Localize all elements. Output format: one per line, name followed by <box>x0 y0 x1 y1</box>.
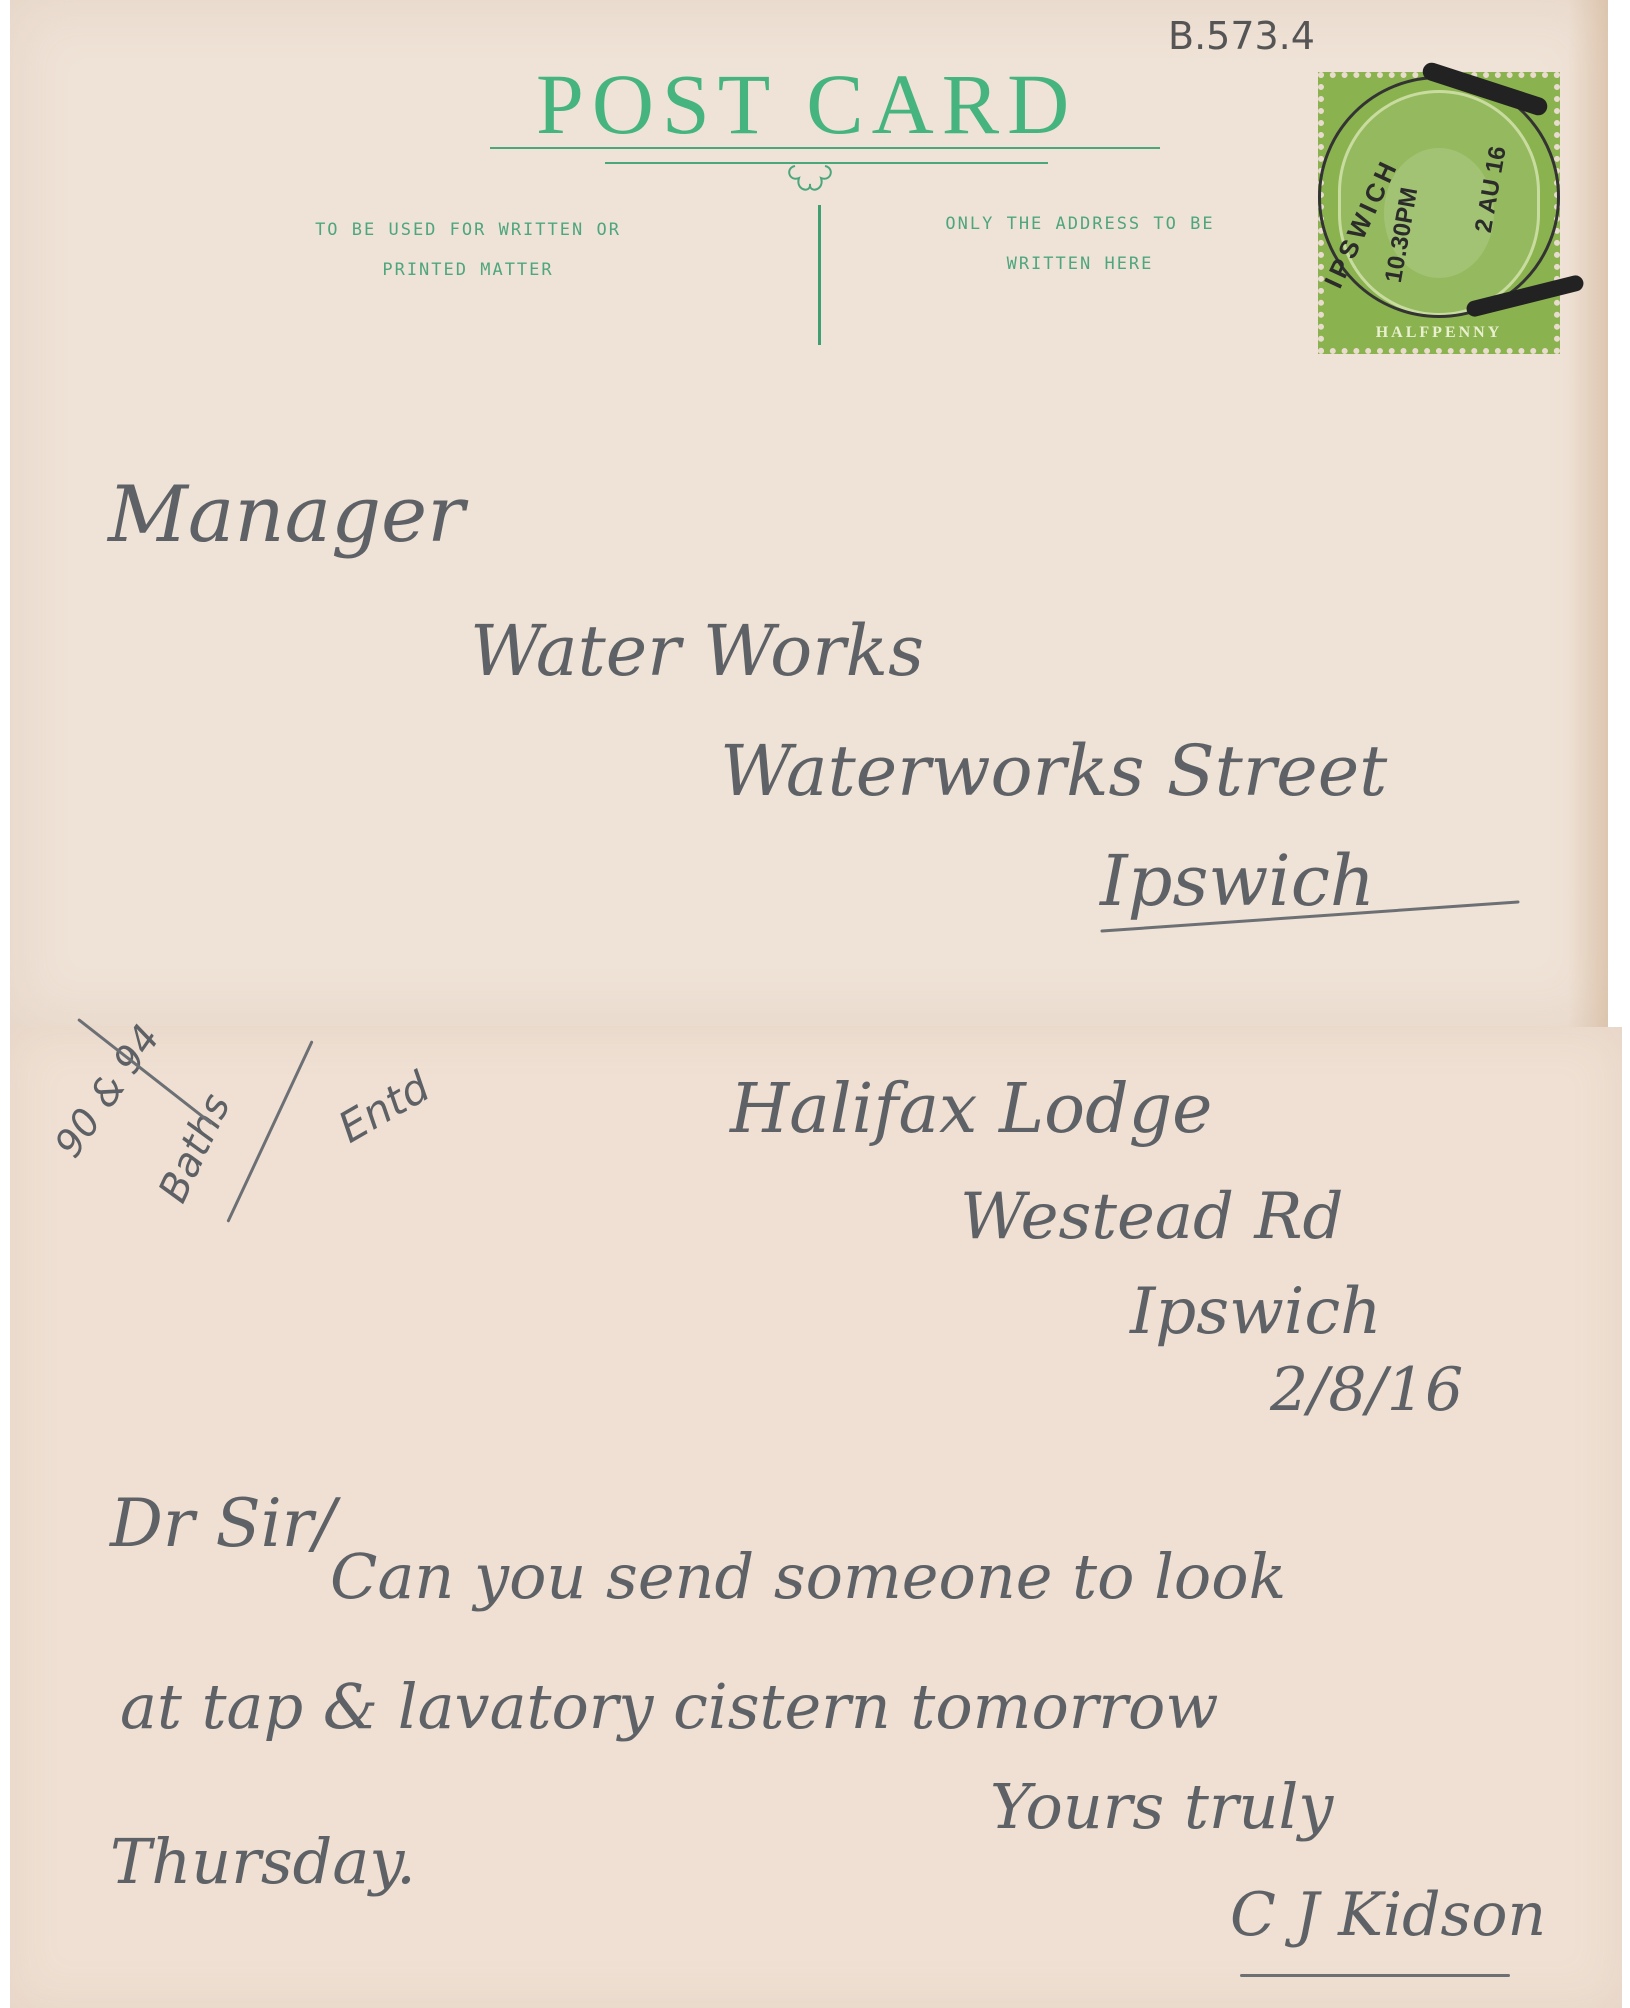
left-notice-line2: PRINTED MATTER <box>248 260 688 280</box>
catalog-number: B.573.4 <box>1168 14 1315 58</box>
right-notice-line1: ONLY THE ADDRESS TO BE <box>880 214 1280 234</box>
right-notice-line2: WRITTEN HERE <box>880 254 1280 274</box>
message-line-3: Thursday. <box>110 1825 416 1898</box>
sender-address-2: Westead Rd <box>960 1180 1344 1254</box>
address-line-3: Waterworks Street <box>720 730 1387 812</box>
title-rule <box>490 147 1160 149</box>
signature: C J Kidson <box>1230 1880 1546 1950</box>
address-line-1: Manager <box>108 470 464 560</box>
postcard-title: POST CARD <box>536 54 1077 154</box>
center-divider <box>818 205 821 345</box>
closing: Yours truly <box>990 1770 1333 1843</box>
letter-date: 2/8/16 <box>1270 1355 1463 1425</box>
sender-address-3: Ipswich <box>1130 1275 1381 1349</box>
ornament-icon <box>785 158 835 198</box>
postmark-circle <box>1318 76 1560 318</box>
sender-address-1: Halifax Lodge <box>730 1070 1212 1149</box>
address-line-2: Water Works <box>470 610 924 692</box>
message-line-2: at tap & lavatory cistern tomorrow <box>120 1670 1218 1743</box>
address-line-4: Ipswich <box>1100 840 1375 922</box>
salutation: Dr Sir/ <box>110 1485 336 1562</box>
signature-underline <box>1240 1974 1510 1977</box>
left-notice-line1: TO BE USED FOR WRITTEN OR <box>248 220 688 240</box>
message-line-1: Can you send someone to look <box>330 1540 1286 1613</box>
stamp-value: HALFPENNY <box>1324 324 1554 342</box>
